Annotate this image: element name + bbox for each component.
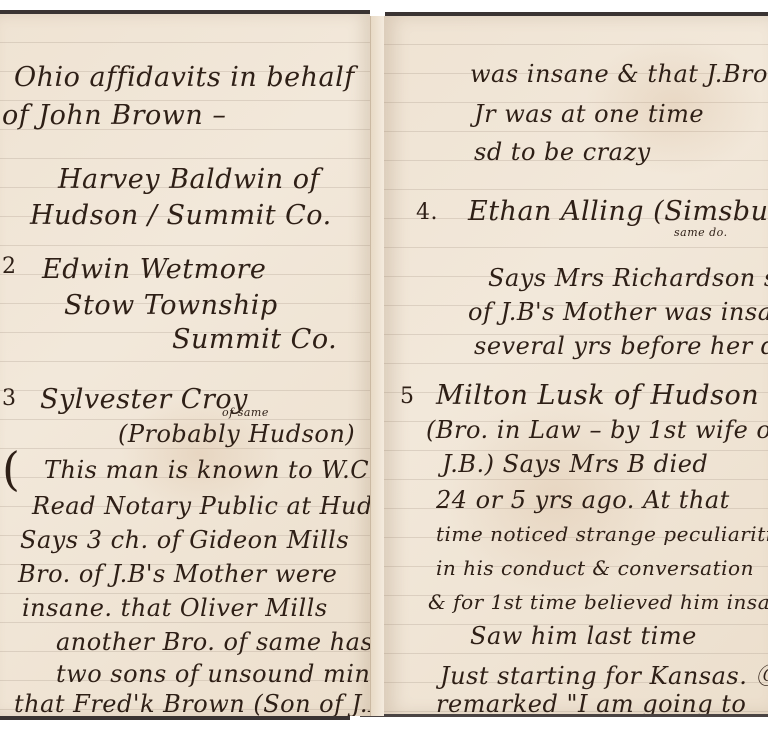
manuscript-line: Bro. of J.B's Mother were [18,560,337,588]
manuscript-line: & for 1st time believed him insane [428,590,768,614]
manuscript-line: insane. that Oliver Mills [22,594,328,622]
manuscript-line: sd to be crazy [474,138,651,166]
manuscript-line: remarked "I am going to [436,690,746,714]
manuscript-line: (Probably Hudson) [118,420,355,448]
manuscript-line: several yrs before her death [474,332,768,360]
manuscript-line: Jr was at one time [474,100,704,128]
manuscript-line: Says 3 ch. of Gideon Mills [20,526,349,554]
manuscript-line: Ohio affidavits in behalf [14,62,355,93]
manuscript-line: Hudson / Summit Co. [30,200,332,231]
entry-number: 4. [416,200,438,225]
manuscript-line: of John Brown – [2,100,226,131]
manuscript-line: Harvey Baldwin of [58,164,320,195]
notebook-photo: Ohio affidavits in behalf of John Brown … [0,0,768,735]
manuscript-line: Saw him last time [470,622,697,650]
manuscript-line: Says Mrs Richardson sister [488,264,768,292]
manuscript-line: Summit Co. [172,324,337,355]
interlinear-note: same do. [674,226,728,239]
manuscript-line: (Bro. in Law – by 1st wife of [426,416,768,444]
manuscript-line: Read Notary Public at Hudson [32,492,370,520]
manuscript-line: another Bro. of same has [56,628,370,656]
manuscript-line: Sylvester Croy [40,384,248,415]
bracket-glyph: ( [2,442,20,496]
interlinear-note: of same [222,406,269,419]
manuscript-line: Edwin Wetmore [42,254,266,285]
manuscript-line: Milton Lusk of Hudson [436,380,759,411]
manuscript-line: Ethan Alling (Simsbury [468,196,768,227]
entry-number: 3 [2,386,17,411]
left-page: Ohio affidavits in behalf of John Brown … [0,14,370,716]
right-page: was insane & that J.Brown Jr was at one … [384,16,768,714]
manuscript-line: was insane & that J.Brown [470,60,768,88]
page-gutter [370,16,384,716]
entry-number: 5 [400,384,415,409]
manuscript-line: in his conduct & conversation [436,556,754,580]
manuscript-line: time noticed strange peculiarities [436,522,768,546]
manuscript-line: Stow Township [64,290,278,321]
manuscript-line: This man is known to W.C. [44,456,370,484]
manuscript-line: 24 or 5 yrs ago. At that [436,486,730,514]
manuscript-line: that Fred'k Brown (Son of J.B.) [14,690,370,716]
manuscript-line: two sons of unsound mind. [56,660,370,688]
manuscript-line: J.B.) Says Mrs B died [442,450,708,478]
manuscript-line: of J.B's Mother was insane [468,298,768,326]
entry-number: 2 [2,254,17,279]
manuscript-line: Just starting for Kansas. Ⓞ [440,656,768,691]
